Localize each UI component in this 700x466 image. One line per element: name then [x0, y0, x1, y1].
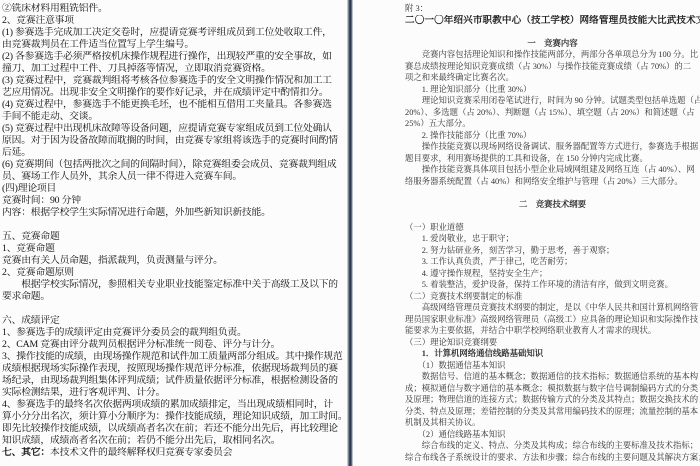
text-line: 及原理；物理信道的连接方式；数据传输方式的分类及其特点；数据交换技术的 [405, 394, 700, 406]
text-line: 场纪录，由现场裁判组集体评判成绩；试件质量依据评分标准，根据检测设备的 [2, 375, 347, 387]
text-line: 撞刀、加工过程中工件、刀具掉落等情况，立即取消竞赛资格。 [2, 63, 347, 75]
blank-line [2, 303, 347, 315]
text-line: 操作技能竞赛以现场网络设备调试、服务器配置等方式进行，参赛选手根据 [405, 141, 700, 153]
text-line-bold-lead: 七、其它： [2, 447, 50, 458]
text-line: 2. 努力钻研业务，刻苦学习，勤于思考，善于观察； [405, 245, 700, 257]
text-line: 2. 操作技能部分（比重 70%） [405, 130, 700, 142]
text-line: 二〇一〇年绍兴市职教中心（技工学校）网络管理员技能大比武技术文件 [405, 15, 700, 27]
text-line: 即先比较操作技能成绩，以成绩高者名次在前；若还不能分出先后，再比较理论 [2, 423, 347, 435]
text-line: 原因。对于因为设备故障而耽搁的时间，由竞赛专家组将该选手的竞赛时间酌情 [2, 135, 347, 147]
document-viewer: ②铣床材料用粗铣铝件。2、竞赛注意事项(1) 参赛选手完成加工决定交卷时，应提请… [0, 0, 700, 466]
text-line: 4. 遵守操作规程，坚持安全生产； [405, 268, 700, 280]
text-line: 理论知识竞赛采用闭卷笔试进行，时间为 90 分钟。试题类型包括单选题（占 [405, 95, 700, 107]
text-line: 五、竞赛命题 [2, 231, 347, 243]
document-page-left: ②铣床材料用粗铣铝件。2、竞赛注意事项(1) 参赛选手完成加工决定交卷时，应提请… [0, 0, 347, 466]
text-line: （2）通信线路基本知识 [405, 429, 700, 441]
text-line: 能要求为主要依据，并结合中职学校网络职业教育人才需求的现状。 [405, 325, 700, 337]
text-line: 附 3： [405, 3, 700, 15]
text-line: 七、其它：本技术文件的最终解释权归竞赛专家委员会 [2, 447, 347, 459]
document-page-right: 附 3：二〇一〇年绍兴市职教中心（技工学校）网络管理员技能大比武技术文件一 竞赛… [353, 0, 700, 466]
text-line: 高级网络管理员竞赛技术纲要的制定，是以《中华人民共和国计算机网络管 [405, 302, 700, 314]
blank-line [405, 26, 700, 38]
text-line: 25%）五大部分。 [405, 118, 700, 130]
text-line: 20%）、多选题（占 20%）、判断题（占 15%）、填空题（占 20%）和简述… [405, 107, 700, 119]
text-line: 算小分分出名次，须计算小分顺序为：操作技能成绩，理论知识成绩，加工时间。 [2, 411, 347, 423]
text-line: 1、参赛选手的成绩评定由竞赛评分委员会的裁判组负责。 [2, 327, 347, 339]
text-line: 内容：根据学校学生实际情况进行命题，外加些新知识新技能。 [2, 207, 347, 219]
text-line: 由竞赛裁判员在工件适当位置写上学生编号。 [2, 39, 347, 51]
text-line: 理员国家职业标准》高级网络管理员（高级工）应具备的理论知识和实际操作技 [405, 314, 700, 326]
text-line: (四)理论项目 [2, 183, 347, 195]
text-line: 手间不能走动、交谈。 [2, 111, 347, 123]
text-line: (1) 参赛选手完成加工决定交卷时，应提请竞赛考评组成员到工位处收取工件， [2, 27, 347, 39]
text-line: （一）职业道德 [405, 222, 700, 234]
text-line: 成；模拟通信与数字通信的基本概念；模拟数据与数字信号调制编码方式的分类 [405, 383, 700, 395]
text-line: 竞赛由有关人员命题，指派裁判，负责测量与评分。 [2, 255, 347, 267]
text-line: 1、竞赛命题 [2, 243, 347, 255]
text-line: (2) 各参赛选手必须严格按机床操作规程进行操作，出现较严重的安全事故，如 [2, 51, 347, 63]
text-line: 2、竞赛注意事项 [2, 15, 347, 27]
text-line: 1．计算机网络通信线路基础知识 [405, 348, 700, 360]
text-line: (3) 竞赛过程中，竞赛裁判组将考核各位参赛选手的安全文明操作情况和加工工 [2, 75, 347, 87]
text-line: 2、CAM 竞赛由评分裁判员根据评分标准统一阅卷、评分与计分。 [2, 339, 347, 351]
text-line: (6) 竞赛期间（包括两批次之间的间隔时间），除竞赛组委会成员、竞赛裁判组成 [2, 159, 347, 171]
text-line: 1. 爱岗敬业，忠于职守； [405, 233, 700, 245]
text-line: （二）竞赛技术纲要制定的标准 [405, 291, 700, 303]
text-line: （1）数据通信基本知识 [405, 360, 700, 372]
text-line: 项之和来最终确定比赛名次。 [405, 72, 700, 84]
text-line: (4) 竞赛过程中，参赛选手不能更换毛坯，也不能相互借用工夹量具。各参赛选 [2, 99, 347, 111]
blank-line [405, 187, 700, 199]
text-line: (5) 竞赛过程中出现机床故障等设备问题，应提请竞赛专家组成员到工位处确认 [2, 123, 347, 135]
text-line: 竞赛时间：90 分钟 [2, 195, 347, 207]
text-line: 2、竞赛命题原则 [2, 267, 347, 279]
blank-line [405, 210, 700, 222]
text-line: （三）理论知识竞赛纲要 [405, 337, 700, 349]
text-line: 5. 着装整洁，爱护设备，保持工作环境的清洁有序，做到文明竞赛。 [405, 279, 700, 291]
text-line: 综合布线各子系统设计的要求、方法和步骤；综合布线的主要问题及其解决方案； [405, 452, 700, 464]
text-line: 题目要求，利用赛场提供的工具和设备，在 150 分钟内完成比赛。 [405, 153, 700, 165]
text-line: 1. 理论知识部分（比重 30%） [405, 84, 700, 96]
text-line: 操作技能竞赛具体项目包括小型企业局域网组建及网络互连（占 40%）、网 [405, 164, 700, 176]
text-line: 知识成绩，成绩高者名次在前；若仍不能分出先后，取相同名次。 [2, 435, 347, 447]
text-line: ②铣床材料用粗铣铝件。 [2, 3, 347, 15]
text-line: 后延。 [2, 147, 347, 159]
text-line: 竞赛内容包括理论知识和操作技能两部分，两部分各单项总分为 100 分。比 [405, 49, 700, 61]
text-line: 一 竞赛内容 [405, 38, 700, 50]
text-line: 二 竞赛技术纲要 [405, 199, 700, 211]
text-line: 机制及其相关协议。 [405, 417, 700, 429]
text-line: 员、赛场工作人员外，其余人员一律不得进入竞赛车间。 [2, 171, 347, 183]
text-line: 综合布线的定义、特点、分类及其构成；综合布线的主要标准及技术指标； [405, 440, 700, 452]
text-line: 分类、特点及原理；差错控制的分类及其常用编码技术的原理；流量控制的基本 [405, 406, 700, 418]
blank-line [2, 219, 347, 231]
text-line: 3、操作技能的成绩，由现场操作规范和试件加工质量两部分组成。其中操作规范 [2, 351, 347, 363]
text-line: 实际检测结果，进行客观评判、计分。 [2, 387, 347, 399]
text-line: 成绩根据现场实际操作表现，按照现场操作规范评分标准，依据现场裁判员的赛 [2, 363, 347, 375]
text-line: 艺应用情况。出现非安全文明操作的要作好记录，并在成绩评定中酌情扣分。 [2, 87, 347, 99]
text-line: 数据信号、信道的基本概念；数据通信的技术指标；数据通信系统的基本构 [405, 371, 700, 383]
text-line: 根据学校实际情况，参照相关专业职业技能鉴定标准中关于高级工及以下的 [2, 279, 347, 291]
text-line: 赛总成绩按理论知识竞赛成绩（占 30%）与操作技能竞赛成绩（占 70%）的二 [405, 61, 700, 73]
text-line: 要求命题。 [2, 291, 347, 303]
text-line: 4、参赛选手的最终名次依据两项成绩的累加成绩排定，当出现成绩相同时，计 [2, 399, 347, 411]
text-line: 3. 工作认真负责，严于律己，吃苦耐劳； [405, 256, 700, 268]
text-line: 六、成绩评定 [2, 315, 347, 327]
text-line: 络服务器系统配置（占 40%）和网络安全维护与管理（占 20%）三大部分。 [405, 176, 700, 188]
